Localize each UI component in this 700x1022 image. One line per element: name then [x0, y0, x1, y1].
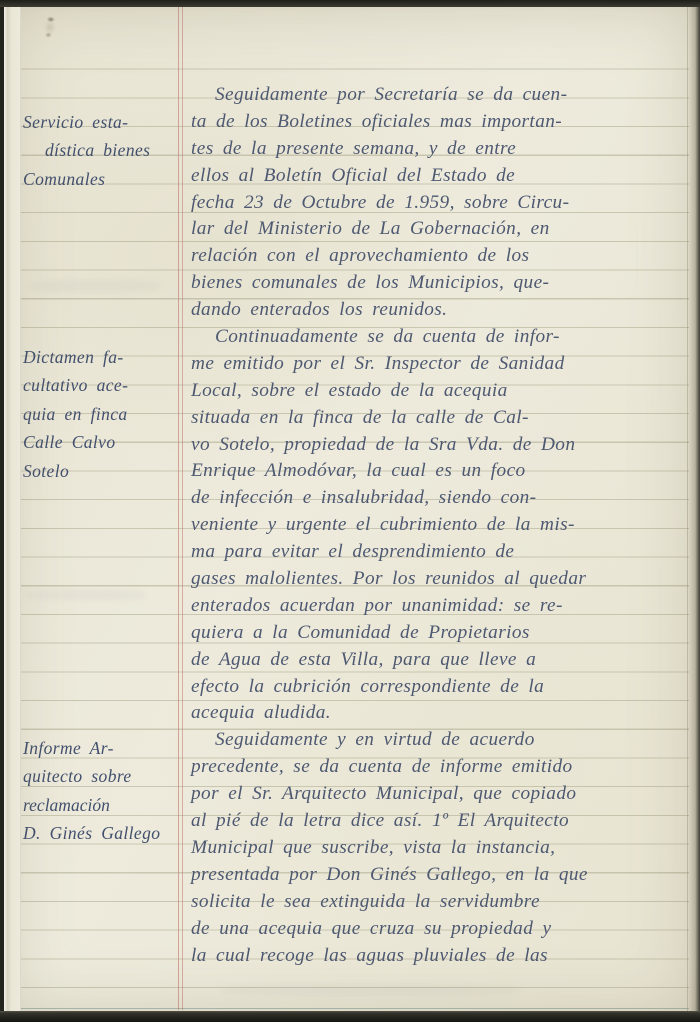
handwritten-line: Local, sobre el estado de la acequia: [191, 378, 691, 405]
handwritten-line: Seguidamente por Secretaría se da cuen-: [191, 82, 691, 109]
handwritten-line: lar del Ministerio de La Gobernación, en: [191, 216, 691, 243]
red-margin-line: [178, 7, 183, 1010]
body-text: Seguidamente por Secretaría se da cuen-t…: [191, 82, 691, 969]
handwritten-line: relación con el aprovechamiento de los: [191, 243, 691, 270]
handwritten-line: enterados acuerdan por unanimidad: se re…: [191, 593, 691, 620]
handwritten-line: bienes comunales de los Municipios, que-: [191, 270, 691, 297]
margin-note-line: quitecto sobre: [23, 762, 177, 790]
manuscript-page: Servicio esta-dística bienesComunales Di…: [0, 0, 700, 1022]
top-scan-edge: [0, 0, 700, 7]
handwritten-line: situada en la finca de la calle de Cal-: [191, 405, 691, 432]
margin-note-line: Comunales: [23, 165, 177, 193]
handwritten-line: fecha 23 de Octubre de 1.959, sobre Circ…: [191, 190, 691, 217]
handwritten-line: Municipal que suscribe, vista la instanc…: [191, 835, 691, 862]
binding-edge: [0, 0, 4, 1022]
margin-note-line: Informe Ar-: [23, 734, 177, 762]
handwritten-line: la cual recoge las aguas pluviales de la…: [191, 943, 691, 970]
handwritten-line: Continuadamente se da cuenta de infor-: [191, 324, 691, 351]
ink-smudge: [42, 14, 58, 44]
handwritten-line: veniente y urgente el cubrimiento de la …: [191, 512, 691, 539]
handwritten-line: me emitido por el Sr. Inspector de Sanid…: [191, 351, 691, 378]
handwritten-line: presentada por Don Ginés Gallego, en la …: [191, 862, 691, 889]
handwritten-line: de una acequia que cruza su propiedad y: [191, 916, 691, 943]
handwritten-line: gases malolientes. Por los reunidos al q…: [191, 566, 691, 593]
handwritten-line: vo Sotelo, propiedad de la Sra Vda. de D…: [191, 432, 691, 459]
bottom-scan-edge: [0, 1011, 700, 1022]
margin-note-line: Servicio esta-: [23, 108, 177, 136]
handwritten-line: dando enterados los reunidos.: [191, 297, 691, 324]
margin-note-line: Dictamen fa-: [23, 343, 177, 371]
margin-note-line: Calle Calvo: [23, 428, 177, 456]
right-scan-edge: [688, 0, 700, 1022]
margin-note-line: quia en finca: [23, 400, 177, 428]
handwritten-line: solicita le sea extinguida la servidumbr…: [191, 889, 691, 916]
handwritten-line: acequia aludida.: [191, 700, 691, 727]
handwritten-line: Enrique Almodóvar, la cual es un foco: [191, 458, 691, 485]
handwritten-line: efecto la cubrición correspondiente de l…: [191, 674, 691, 701]
handwritten-line: tes de la presente semana, y de entre: [191, 136, 691, 163]
handwritten-line: al pié de la letra dice así. 1º El Arqui…: [191, 808, 691, 835]
margin-note-servicio-estadistica: Servicio esta-dística bienesComunales: [23, 108, 177, 193]
margin-note-line: reclamación: [23, 791, 177, 819]
handwritten-line: quiera a la Comunidad de Propietarios: [191, 620, 691, 647]
handwritten-line: precedente, se da cuenta de informe emit…: [191, 754, 691, 781]
margin-note-line: D. Ginés Gallego: [23, 819, 177, 847]
handwritten-line: ta de los Boletines oficiales mas import…: [191, 109, 691, 136]
margin-note-line: Sotelo: [23, 457, 177, 485]
handwritten-line: Seguidamente y en virtud de acuerdo: [191, 727, 691, 754]
margin-note-informe-arquitecto: Informe Ar-quitecto sobrereclamaciónD. G…: [23, 734, 177, 848]
handwritten-line: de Agua de esta Villa, para que lleve a: [191, 647, 691, 674]
page-stack-edge: [4, 5, 21, 1013]
handwritten-line: por el Sr. Arquitecto Municipal, que cop…: [191, 781, 691, 808]
notebook-bottom-line: [8, 1008, 689, 1009]
handwritten-line: de infección e insalubridad, siendo con-: [191, 485, 691, 512]
margin-note-dictamen-acequia: Dictamen fa-cultativo ace-quia en fincaC…: [23, 343, 177, 485]
margin-note-line: dística bienes: [23, 136, 177, 164]
handwritten-line: ellos al Boletín Oficial del Estado de: [191, 163, 691, 190]
margin-note-line: cultativo ace-: [23, 371, 177, 399]
handwritten-line: ma para evitar el desprendimiento de: [191, 539, 691, 566]
